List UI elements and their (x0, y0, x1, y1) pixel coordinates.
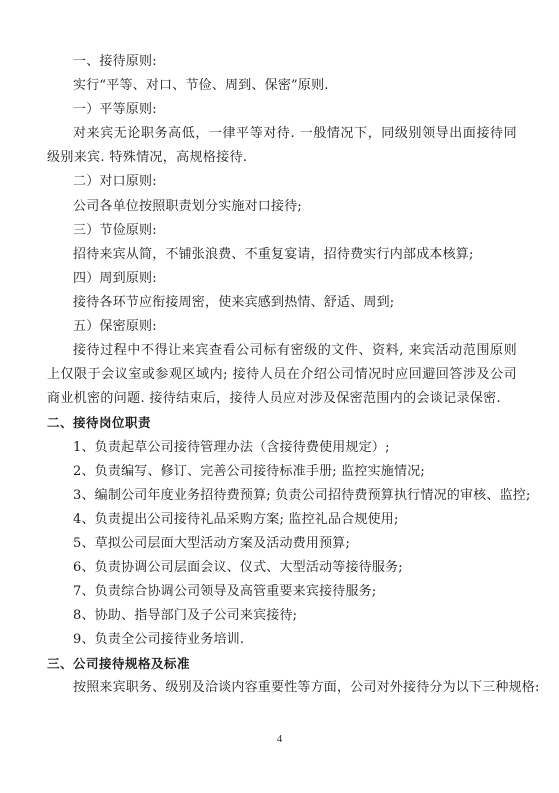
principle-text-thoughtfulness: 接待各环节应衔接周密，使来宾感到热情、舒适、周到; (47, 291, 517, 315)
principle-title-equality: 一）平等原则: (47, 98, 517, 122)
section-heading-reception-principles: 一、接待原则: (47, 50, 517, 74)
duty-item: 2、负责编写、修订、完善公司接待标准手册; 监控实施情况; (47, 460, 517, 484)
duty-item: 9、负责全公司接待业务培训. (47, 628, 517, 652)
principle-text-confidentiality: 接待过程中不得让来宾查看公司标有密级的文件、资料, 来宾活动范围原则上仅限于会议… (47, 339, 517, 411)
duty-item: 3、编制公司年度业务招待费预算; 负责公司招待费预算执行情况的审核、监控; (47, 484, 517, 508)
duty-item: 1、负责起草公司接待管理办法（含接待费使用规定）; (47, 436, 517, 460)
duty-item: 7、负责综合协调公司领导及高管重要来宾接待服务; (47, 580, 517, 604)
duty-item: 4、负责提出公司接待礼品采购方案; 监控礼品合规使用; (47, 508, 517, 532)
duty-item: 8、协助、指导部门及子公司来宾接待; (47, 604, 517, 628)
duty-item: 6、负责协调公司层面会议、仪式、大型活动等接待服务; (47, 556, 517, 580)
principles-intro: 实行“平等、对口、节俭、周到、保密”原则. (47, 74, 517, 98)
section-heading-reception-standards: 三、公司接待规格及标准 (47, 652, 517, 676)
section-heading-job-duties: 二、接待岗位职责 (47, 411, 517, 435)
principle-title-confidentiality: 五）保密原则: (47, 315, 517, 339)
principle-title-thoughtfulness: 四）周到原则: (47, 267, 517, 291)
principle-title-frugality: 三）节俭原则: (47, 219, 517, 243)
document-page: 一、接待原则: 实行“平等、对口、节俭、周到、保密”原则. 一）平等原则: 对来… (47, 50, 517, 701)
principle-title-counterpart: 二）对口原则: (47, 170, 517, 194)
standards-intro: 按照来宾职务、级别及洽谈内容重要性等方面，公司对外接待分为以下三种规格: (47, 676, 517, 700)
principle-text-equality: 对来宾无论职务高低，一律平等对待. 一般情况下，同级别领导出面接待同级别来宾. … (47, 122, 517, 170)
principle-text-frugality: 招待来宾从简，不铺张浪费、不重复宴请，招待费实行内部成本核算; (47, 243, 517, 267)
duty-item: 5、草拟公司层面大型活动方案及活动费用预算; (47, 532, 517, 556)
principle-text-counterpart: 公司各单位按照职责划分实施对口接待; (47, 195, 517, 219)
page-number: 4 (0, 733, 559, 745)
